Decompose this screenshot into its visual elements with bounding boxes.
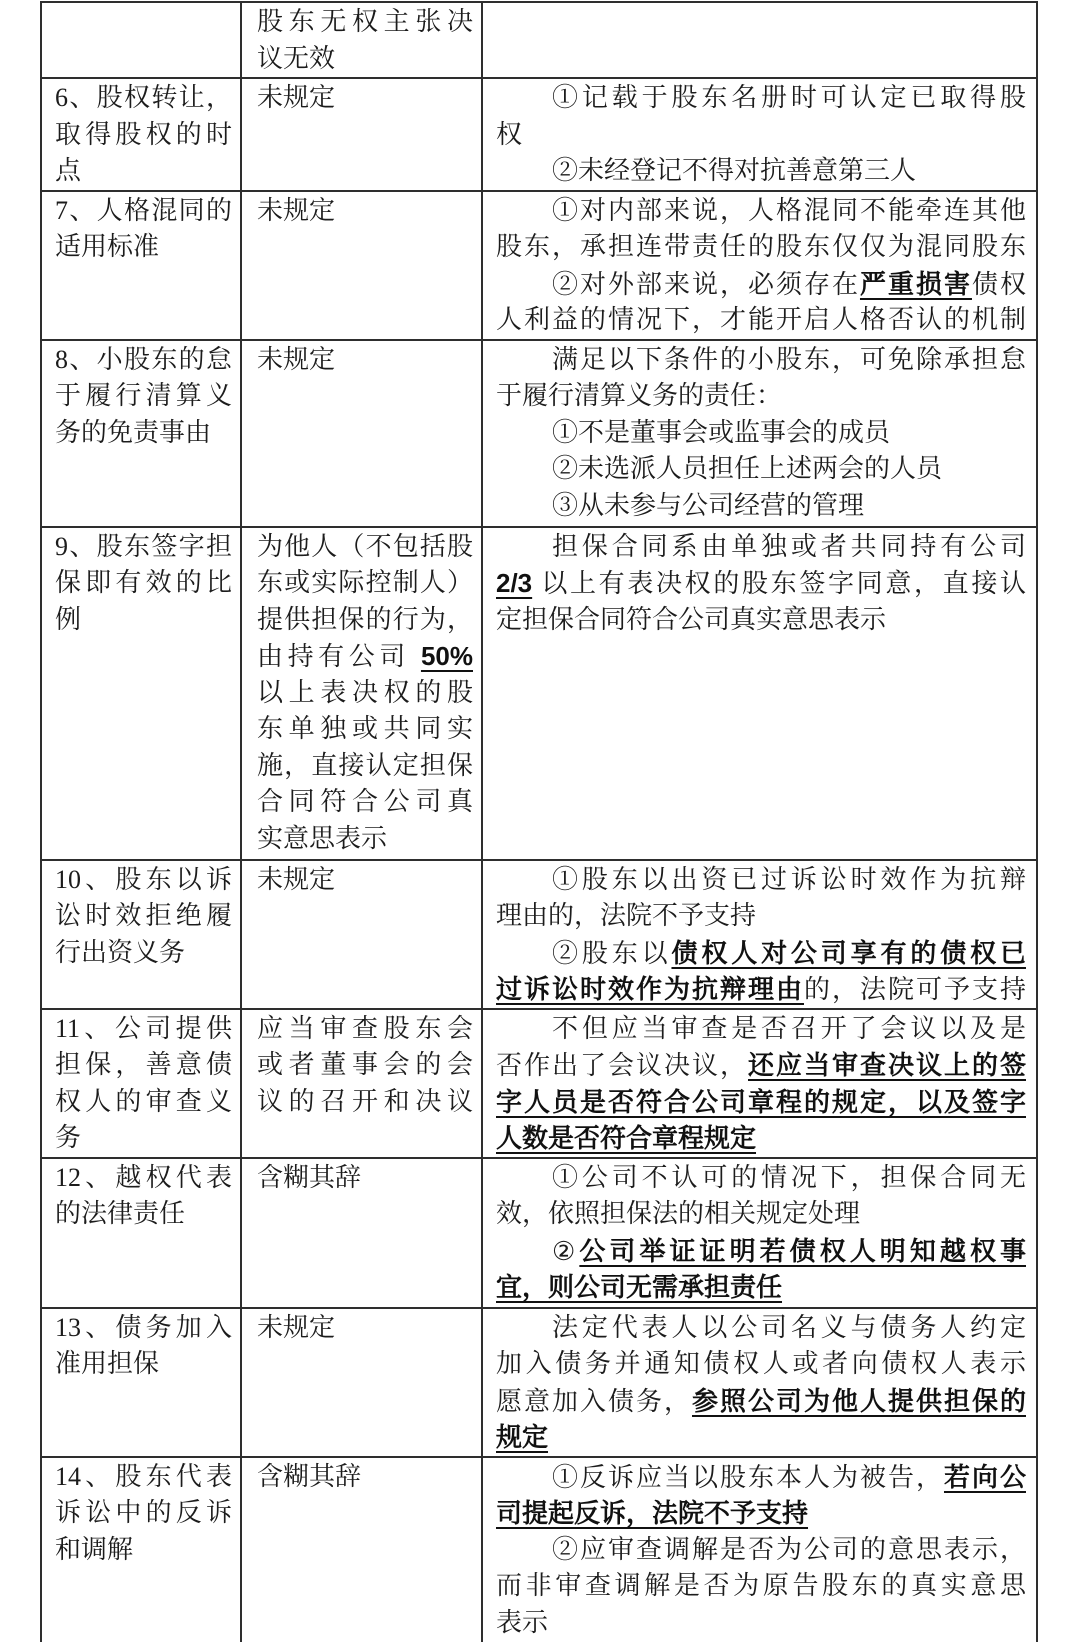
text-line: 效，依照担保法的相关规定处理	[496, 1196, 1026, 1233]
emphasized-text: 司提起反诉，法院不予支持	[496, 1498, 808, 1528]
text-line: 实意思表示	[257, 821, 473, 858]
cell-new-rule: ①反诉应当以股东本人为被告，若向公 司提起反诉，法院不予支持 ②应审查调解是否为…	[482, 1457, 1037, 1642]
cell-topic: 14、股东代表 诉讼中的反诉 和调解	[41, 1457, 241, 1642]
text-line: 未规定	[257, 862, 473, 899]
text-line: 含糊其辞	[257, 1160, 473, 1197]
cell-previous-rule: 未规定	[241, 78, 482, 191]
emphasized-text: 公司举证证明若债权人明知越权事	[579, 1236, 1026, 1266]
text-line: 的法律责任	[55, 1196, 232, 1233]
cell-topic: 9、股东签字担 保即有效的比 例	[41, 527, 241, 860]
cell-previous-rule: 应当审查股东会 或者董事会的会 议的召开和决议	[241, 1009, 482, 1158]
text-line: 应当审查股东会	[257, 1011, 473, 1048]
emphasized-text: 过诉讼时效作为抗辩理由	[496, 974, 804, 1004]
table-row-item-10: 10、股东以诉 讼时效拒绝履 行出资义务 未规定 ①股东以出资已过诉讼时效作为抗…	[41, 860, 1037, 1009]
plain-text: 债权	[972, 270, 1026, 299]
plain-text: ②对外部来说，必须存在	[552, 270, 860, 299]
text-line: 13、债务加入	[55, 1310, 232, 1347]
text-line: ②未经登记不得对抗善意第三人	[496, 153, 1026, 190]
cell-topic: 10、股东以诉 讼时效拒绝履 行出资义务	[41, 860, 241, 1009]
cell-previous-rule: 股东无权主张决 议无效	[241, 2, 482, 78]
text-line: 权	[496, 117, 1026, 154]
list-item: ③从未参与公司经营的管理	[496, 488, 1026, 525]
cell-previous-rule: 含糊其辞	[241, 1158, 482, 1308]
text-line: ②应审查调解是否为公司的意思表示，	[496, 1532, 1026, 1569]
text-line: 以上表决权的股	[257, 675, 473, 712]
table-row-continued: 股东无权主张决 议无效	[41, 2, 1037, 78]
cell-topic: 12、越权代表 的法律责任	[41, 1158, 241, 1308]
text-line: 东单独或共同实	[257, 711, 473, 748]
cell-new-rule: 不但应当审查是否召开了会议以及是 否作出了会议决议，还应当审查决议上的签 字人员…	[482, 1009, 1037, 1158]
emphasized-text: 50%	[421, 641, 473, 671]
cell-previous-rule: 未规定	[241, 191, 482, 340]
plain-text: 愿意加入债务，	[496, 1387, 692, 1416]
cell-new-rule: ①记载于股东名册时可认定已取得股 权 ②未经登记不得对抗善意第三人	[482, 78, 1037, 191]
plain-text: 否作出了会议决议，	[496, 1051, 748, 1080]
text-line: 由持有公司 50%	[257, 638, 473, 675]
text-line: 人数是否符合章程规定	[496, 1120, 1026, 1157]
text-line: 8、小股东的怠	[55, 342, 232, 379]
text-line: 保即有效的比	[55, 565, 232, 602]
text-line: ②对外部来说，必须存在严重损害债权	[496, 266, 1026, 303]
emphasized-text: 规定	[496, 1422, 548, 1452]
text-line: 未规定	[257, 342, 473, 379]
text-line: 人利益的情况下，才能开启人格否认的机制	[496, 302, 1026, 339]
table-row-item-9: 9、股东签字担 保即有效的比 例 为他人（不包括股 东或实际控制人） 提供担保的…	[41, 527, 1037, 860]
text-line: 务的免责事由	[55, 415, 232, 452]
text-line: 例	[55, 602, 232, 639]
text-line: 理由的，法院不予支持	[496, 898, 1026, 935]
text-line: 于履行清算义	[55, 378, 232, 415]
text-line: 规定	[496, 1419, 1026, 1456]
text-line: 而非审查调解是否为原告股东的真实意思	[496, 1568, 1026, 1605]
cell-new-rule: 法定代表人以公司名义与债务人约定 加入债务并通知债权人或者向债权人表示 愿意加入…	[482, 1308, 1037, 1457]
text-line: ①对内部来说，人格混同不能牵连其他	[496, 193, 1026, 230]
text-line: 过诉讼时效作为抗辩理由的，法院可予支持	[496, 971, 1026, 1008]
text-line: 点	[55, 153, 232, 190]
cell-topic: 8、小股东的怠 于履行清算义 务的免责事由	[41, 340, 241, 527]
text-line: 担保，善意债	[55, 1047, 232, 1084]
table-row-item-12: 12、越权代表 的法律责任 含糊其辞 ①公司不认可的情况下，担保合同无 效，依照…	[41, 1158, 1037, 1308]
cell-previous-rule: 含糊其辞	[241, 1457, 482, 1642]
text-line: 法定代表人以公司名义与债务人约定	[496, 1310, 1026, 1347]
text-line: 东或实际控制人）	[257, 565, 473, 602]
text-line: 否作出了会议决议，还应当审查决议上的签	[496, 1047, 1026, 1084]
cell-topic: 13、债务加入 准用担保	[41, 1308, 241, 1457]
cell-previous-rule: 未规定	[241, 1308, 482, 1457]
cell-previous-rule: 未规定	[241, 860, 482, 1009]
plain-text: ②	[552, 1237, 579, 1266]
comparison-table: 股东无权主张决 议无效 6、股权转让， 取得股权的时 点 未规定 ①记载于股东名…	[40, 1, 1038, 1642]
text-line: 字人员是否符合公司章程的规定，以及签字	[496, 1084, 1026, 1121]
cell-previous-rule: 未规定	[241, 340, 482, 527]
text-line: 司提起反诉，法院不予支持	[496, 1495, 1026, 1532]
plain-text: ②股东以	[552, 939, 671, 968]
text-line: 11、公司提供	[55, 1011, 232, 1048]
cell-topic: 7、人格混同的 适用标准	[41, 191, 241, 340]
text-line: 7、人格混同的	[55, 193, 232, 230]
text-line: 含糊其辞	[257, 1459, 473, 1496]
text-line: 14、股东代表	[55, 1459, 232, 1496]
text-line: ①记载于股东名册时可认定已取得股	[496, 80, 1026, 117]
cell-new-rule: ①公司不认可的情况下，担保合同无 效，依照担保法的相关规定处理 ②公司举证证明若…	[482, 1158, 1037, 1308]
text-line: 未规定	[257, 80, 473, 117]
table-row-item-6: 6、股权转让， 取得股权的时 点 未规定 ①记载于股东名册时可认定已取得股 权 …	[41, 78, 1037, 191]
text-line: 于履行清算义务的责任：	[496, 378, 1026, 415]
text-line: 施，直接认定担保	[257, 748, 473, 785]
emphasized-text: 若向公	[944, 1462, 1026, 1492]
text-line: 务	[55, 1120, 232, 1157]
text-line: 9、股东签字担	[55, 529, 232, 566]
text-line: 议无效	[257, 41, 473, 78]
text-line: ①股东以出资已过诉讼时效作为抗辩	[496, 862, 1026, 899]
table-row-item-11: 11、公司提供 担保，善意债 权人的审查义 务 应当审查股东会 或者董事会的会 …	[41, 1009, 1037, 1158]
plain-text: 以上有表决权的股东签字同意，直接认	[532, 569, 1026, 598]
text-line: 适用标准	[55, 229, 232, 266]
text-line: ①公司不认可的情况下，担保合同无	[496, 1160, 1026, 1197]
text-line: 股东无权主张决	[257, 4, 473, 41]
text-line: 权人的审查义	[55, 1084, 232, 1121]
text-line: 准用担保	[55, 1346, 232, 1383]
cell-new-rule: 担保合同系由单独或者共同持有公司 2/3 以上有表决权的股东签字同意，直接认 定…	[482, 527, 1037, 860]
text-line: ①反诉应当以股东本人为被告，若向公	[496, 1459, 1026, 1496]
text-line: 满足以下条件的小股东，可免除承担怠	[496, 342, 1026, 379]
emphasized-text: 人数是否符合章程规定	[496, 1123, 756, 1153]
text-line: 定担保合同符合公司真实意思表示	[496, 602, 1026, 639]
table-row-item-14: 14、股东代表 诉讼中的反诉 和调解 含糊其辞 ①反诉应当以股东本人为被告，若向…	[41, 1457, 1037, 1642]
text-line: 宜，则公司无需承担责任	[496, 1269, 1026, 1306]
emphasized-text: 参照公司为他人提供担保的	[692, 1386, 1026, 1416]
emphasized-text: 还应当审查决议上的签	[748, 1050, 1026, 1080]
text-line: 表示	[496, 1605, 1026, 1642]
plain-text: ①反诉应当以股东本人为被告，	[552, 1463, 944, 1492]
cell-new-rule: ①股东以出资已过诉讼时效作为抗辩 理由的，法院不予支持 ②股东以债权人对公司享有…	[482, 860, 1037, 1009]
text-line: 讼时效拒绝履	[55, 898, 232, 935]
text-line: 2/3 以上有表决权的股东签字同意，直接认	[496, 565, 1026, 602]
text-line: 股东，承担连带责任的股东仅仅为混同股东	[496, 229, 1026, 266]
emphasized-text: 宜，则公司无需承担责任	[496, 1272, 782, 1302]
cell-new-rule: 满足以下条件的小股东，可免除承担怠 于履行清算义务的责任： ①不是董事会或监事会…	[482, 340, 1037, 527]
table-row-item-7: 7、人格混同的 适用标准 未规定 ①对内部来说，人格混同不能牵连其他 股东，承担…	[41, 191, 1037, 340]
emphasized-text: 2/3	[496, 568, 532, 598]
text-line: 议的召开和决议	[257, 1084, 473, 1121]
text-line: 不但应当审查是否召开了会议以及是	[496, 1011, 1026, 1048]
table-row-item-8: 8、小股东的怠 于履行清算义 务的免责事由 未规定 满足以下条件的小股东，可免除…	[41, 340, 1037, 527]
text-line: 未规定	[257, 1310, 473, 1347]
text-line: ②股东以债权人对公司享有的债权已	[496, 935, 1026, 972]
cell-topic: 11、公司提供 担保，善意债 权人的审查义 务	[41, 1009, 241, 1158]
cell-new-rule	[482, 2, 1037, 78]
text-line: 行出资义务	[55, 935, 232, 972]
text-line: 担保合同系由单独或者共同持有公司	[496, 529, 1026, 566]
text-line: 和调解	[55, 1532, 232, 1569]
emphasized-text: 字人员是否符合公司章程的规定，以及签字	[496, 1087, 1026, 1117]
emphasized-text: 债权人对公司享有的债权已	[671, 938, 1026, 968]
text-line: 合同符合公司真	[257, 784, 473, 821]
text-line: 为他人（不包括股	[257, 529, 473, 566]
text-line: 12、越权代表	[55, 1160, 232, 1197]
plain-text: 的，法院可予支持	[804, 975, 1026, 1004]
text-line: 诉讼中的反诉	[55, 1495, 232, 1532]
text-line: 未规定	[257, 193, 473, 230]
text-line: 或者董事会的会	[257, 1047, 473, 1084]
text-line: 取得股权的时	[55, 117, 232, 154]
cell-topic	[41, 2, 241, 78]
cell-previous-rule: 为他人（不包括股 东或实际控制人） 提供担保的行为， 由持有公司 50% 以上表…	[241, 527, 482, 860]
text-line: 愿意加入债务，参照公司为他人提供担保的	[496, 1383, 1026, 1420]
emphasized-text: 严重损害	[860, 269, 972, 299]
text-line: ②公司举证证明若债权人明知越权事	[496, 1233, 1026, 1270]
cell-new-rule: ①对内部来说，人格混同不能牵连其他 股东，承担连带责任的股东仅仅为混同股东 ②对…	[482, 191, 1037, 340]
text-line: 加入债务并通知债权人或者向债权人表示	[496, 1346, 1026, 1383]
table-row-item-13: 13、债务加入 准用担保 未规定 法定代表人以公司名义与债务人约定 加入债务并通…	[41, 1308, 1037, 1457]
list-item: ①不是董事会或监事会的成员	[496, 415, 1026, 452]
text-line: 6、股权转让，	[55, 80, 232, 117]
plain-text: 由持有公司	[257, 642, 421, 671]
list-item: ②未选派人员担任上述两会的人员	[496, 451, 1026, 488]
text-line: 10、股东以诉	[55, 862, 232, 899]
text-line: 提供担保的行为，	[257, 602, 473, 639]
cell-topic: 6、股权转让， 取得股权的时 点	[41, 78, 241, 191]
